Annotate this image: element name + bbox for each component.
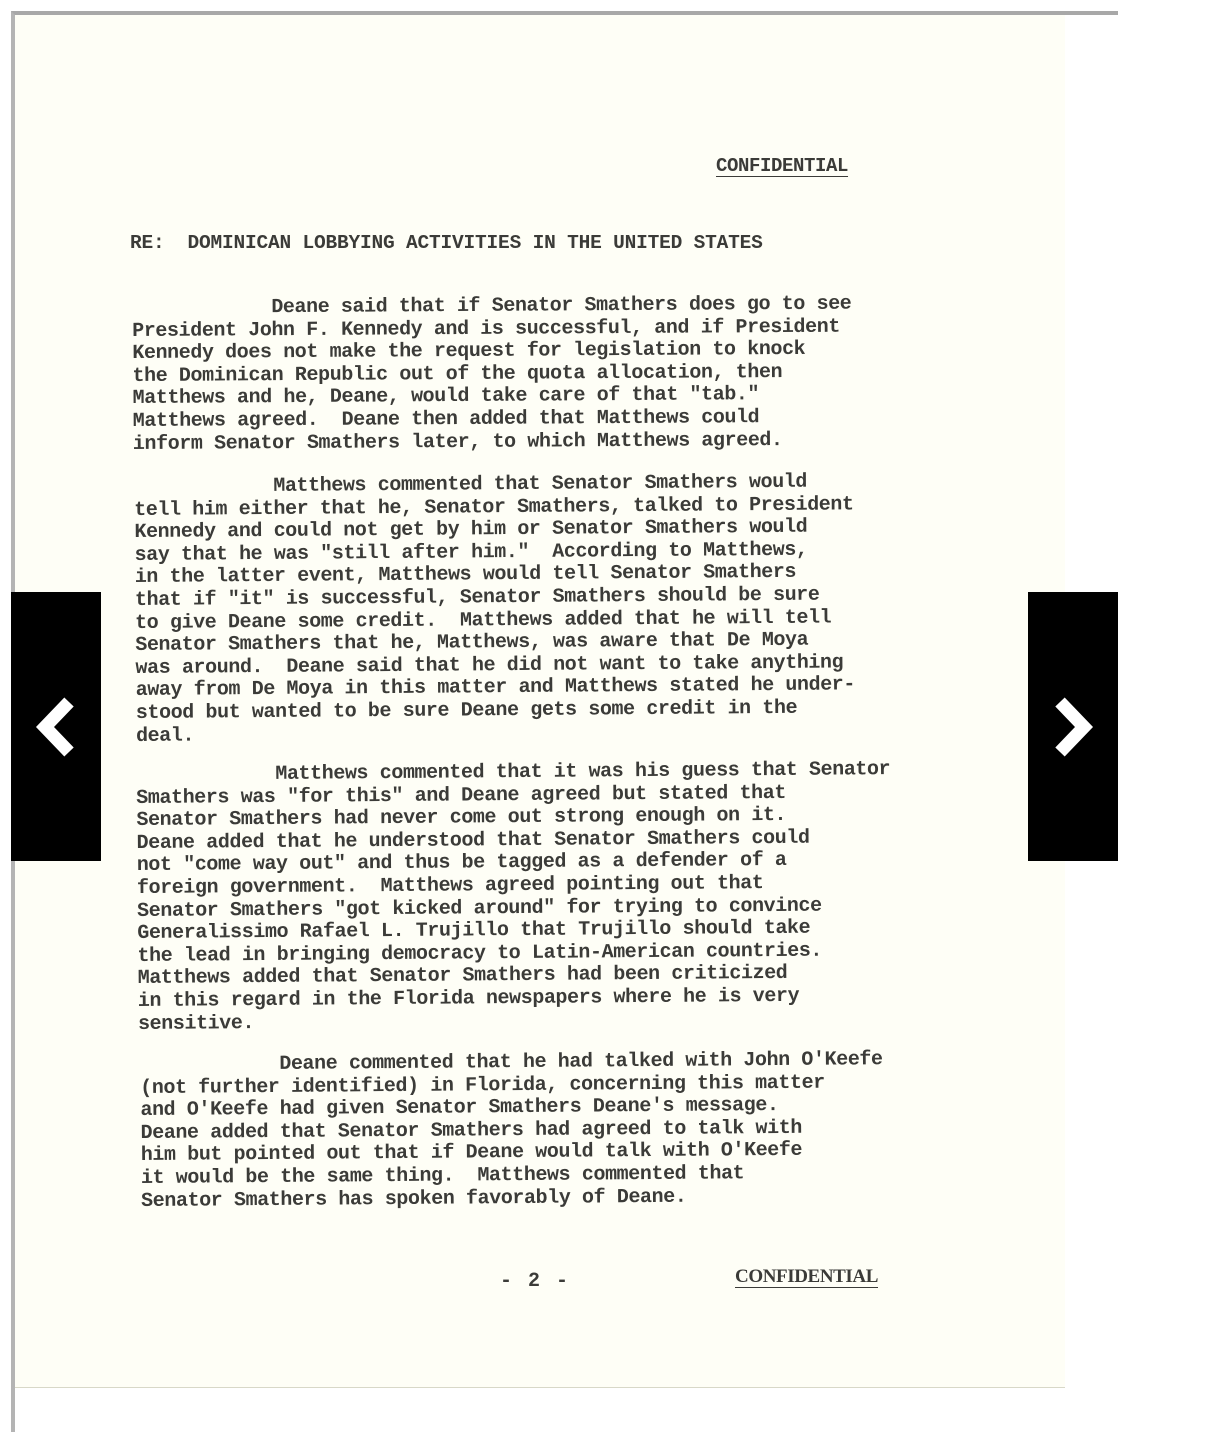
chevron-left-icon [31,692,81,762]
paragraph-4: Deane commented that he had talked with … [140,1049,884,1213]
subject-line: RE: DOMINICAN LOBBYING ACTIVITIES IN THE… [130,232,763,254]
page-number: - 2 - [500,1270,570,1293]
chevron-right-icon [1048,692,1098,762]
paragraph-3: Matthews commented that it was his guess… [136,759,892,1036]
paragraph-1: Deane said that if Senator Smathers does… [132,294,852,457]
paragraph-2: Matthews commented that Senator Smathers… [134,471,855,748]
previous-page-button[interactable] [11,592,101,861]
classification-footer: CONFIDENTIAL [735,1266,878,1288]
classification-header: CONFIDENTIAL [716,155,848,177]
next-page-button[interactable] [1028,592,1118,861]
